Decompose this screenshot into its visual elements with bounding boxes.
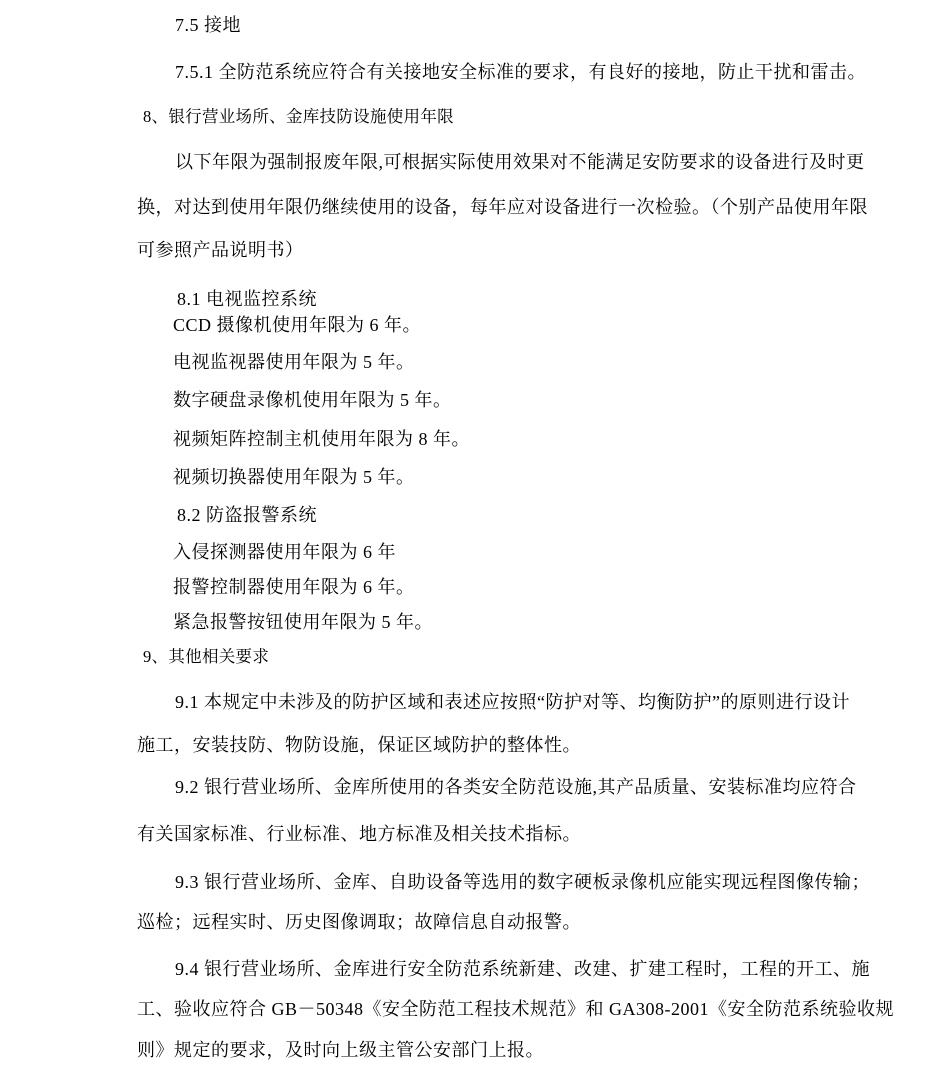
paragraph-line: 工、验收应符合 GB－50348《安全防范工程技术规范》和 GA308-2001… — [137, 998, 894, 1020]
paragraph-line: 7.5.1 全防范系统应符合有关接地安全标准的要求，有良好的接地，防止干扰和雷击… — [175, 61, 866, 83]
section-heading: 9、其他相关要求 — [143, 646, 269, 668]
paragraph-line: 7.5 接地 — [175, 14, 241, 36]
document-page: 7.5 接地7.5.1 全防范系统应符合有关接地安全标准的要求，有良好的接地，防… — [0, 0, 946, 1074]
paragraph-line: 9.1 本规定中未涉及的防护区域和表述应按照“防护对等、均衡防护”的原则进行设计 — [175, 691, 850, 713]
list-item: 入侵探测器使用年限为 6 年 — [173, 541, 396, 563]
list-item: 视频矩阵控制主机使用年限为 8 年。 — [173, 428, 470, 450]
paragraph-line: 9.4 银行营业场所、金库进行安全防范系统新建、改建、扩建工程时，工程的开工、施 — [175, 958, 870, 980]
paragraph-line: 换，对达到使用年限仍继续使用的设备，每年应对设备进行一次检验。（个别产品使用年限 — [137, 196, 868, 218]
paragraph-line: 巡检；远程实时、历史图像调取；故障信息自动报警。 — [137, 911, 581, 933]
paragraph-line: 9.2 银行营业场所、金库所使用的各类安全防范设施,其产品质量、安装标准均应符合 — [175, 776, 857, 798]
paragraph-line: 以下年限为强制报废年限,可根据实际使用效果对不能满足安防要求的设备进行及时更 — [175, 151, 865, 173]
paragraph-line: 则》规定的要求，及时向上级主管公安部门上报。 — [137, 1039, 544, 1061]
list-item: 紧急报警按钮使用年限为 5 年。 — [173, 611, 433, 633]
list-item: CCD 摄像机使用年限为 6 年。 — [173, 314, 421, 336]
paragraph-line: 9.3 银行营业场所、金库、自助设备等选用的数字硬板录像机应能实现远程图像传输； — [175, 871, 870, 893]
paragraph-line: 施工，安装技防、物防设施，保证区域防护的整体性。 — [137, 734, 581, 756]
subsection-heading: 8.2 防盗报警系统 — [177, 504, 317, 526]
subsection-heading: 8.1 电视监控系统 — [177, 288, 317, 310]
list-item: 报警控制器使用年限为 6 年。 — [173, 576, 415, 598]
list-item: 电视监视器使用年限为 5 年。 — [173, 351, 415, 373]
list-item: 视频切换器使用年限为 5 年。 — [173, 466, 415, 488]
paragraph-line: 有关国家标准、行业标准、地方标准及相关技术指标。 — [137, 823, 581, 845]
paragraph-line: 可参照产品说明书） — [137, 239, 304, 261]
section-heading: 8、银行营业场所、金库技防设施使用年限 — [143, 106, 454, 128]
list-item: 数字硬盘录像机使用年限为 5 年。 — [173, 389, 452, 411]
